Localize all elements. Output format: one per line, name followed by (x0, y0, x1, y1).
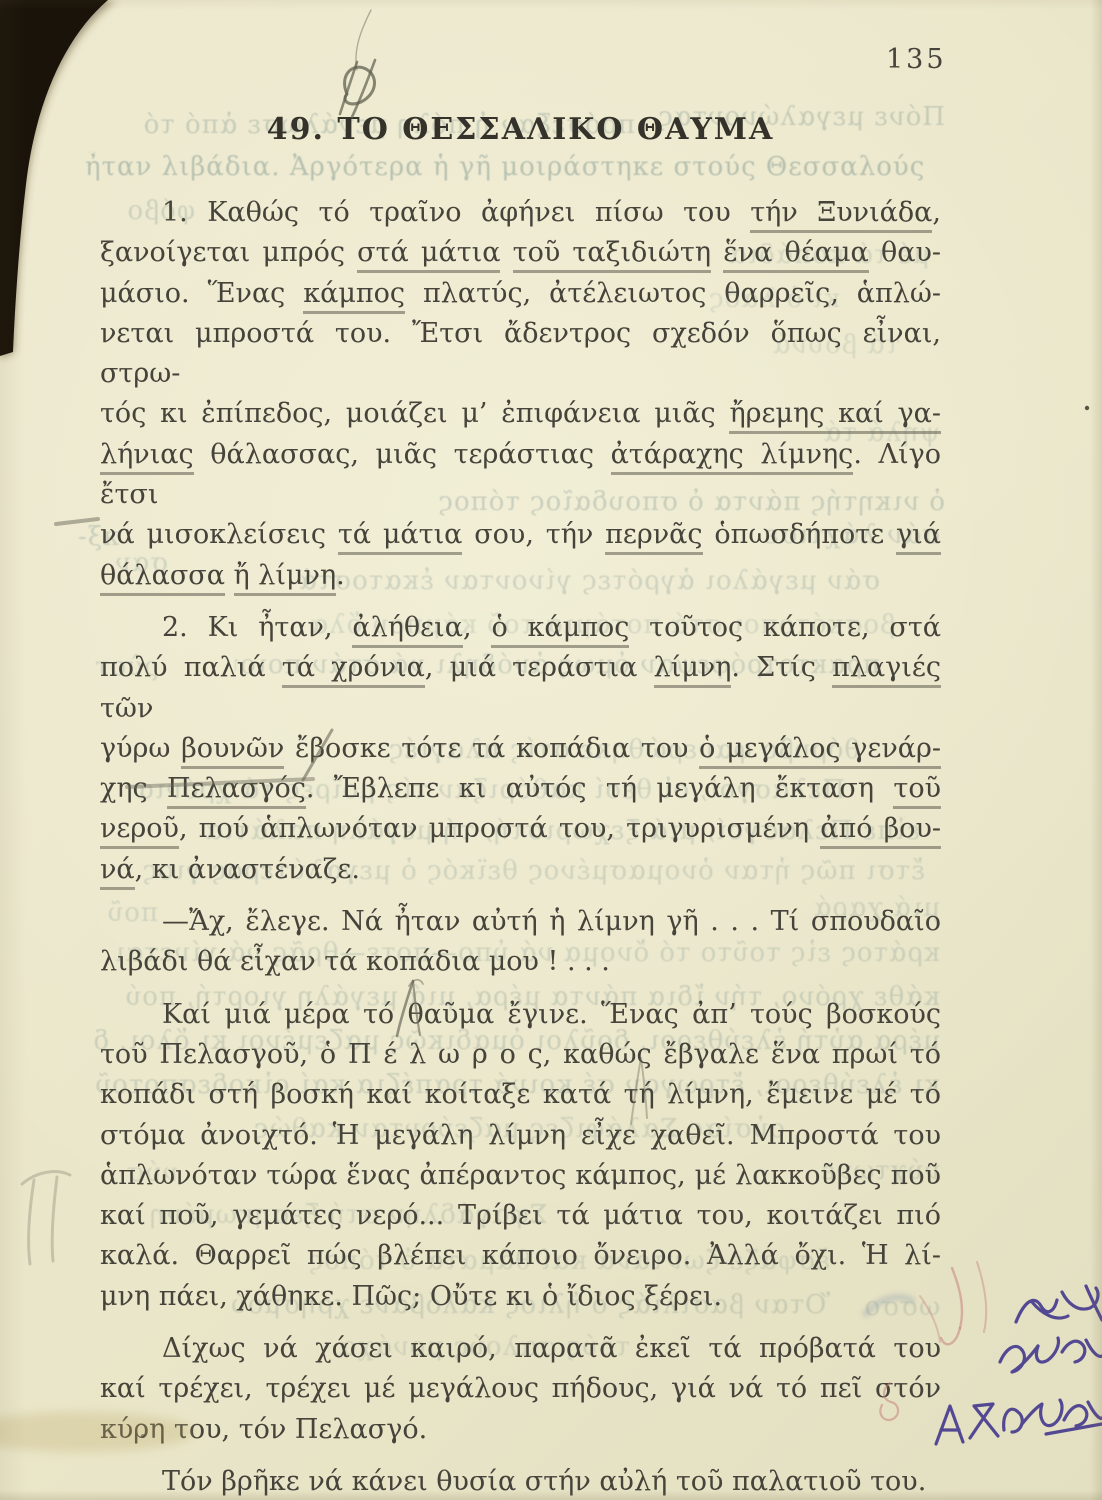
paragraph: Δίχως νά χάσει καιρό, παρατᾶ ἐκεῖ τά πρό… (100, 1329, 941, 1450)
pencil-underline-word: Πελασγός (167, 773, 306, 809)
text-line: χης Πελασγός. Ἔβλεπε κι αὐτός τή μεγάλη … (100, 769, 941, 809)
bleed-through-text: ἦταν λιβάδια. Ἀργότερα ἡ γῆ μοιράστηκε σ… (85, 152, 943, 182)
pencil-underline-word: ἤρεμης καί γα- (729, 398, 941, 434)
text-line: καί ποῦ, γεμάτες νερό... Τρίβει τά μάτια… (100, 1196, 941, 1236)
pencil-underline-word: στά μάτια (357, 237, 500, 273)
pencil-underline-word: νεροῦ (100, 813, 179, 849)
pencil-underline-word: τά χρόνια (282, 652, 425, 688)
text-line: νά μισοκλείσεις τά μάτια σου, τήν περνᾶς… (100, 515, 941, 555)
text-line: Τόν βρῆκε νά κάνει θυσία στήν αὐλή τοῦ π… (100, 1462, 941, 1500)
text-line: πολύ παλιά τά χρόνια, μιά τεράστια λίμνη… (100, 648, 941, 729)
pencil-underline-word: κάμπος (303, 278, 405, 314)
text-line: νεται μπροστά του. Ἔτσι ἄδεντρος σχεδόν … (100, 314, 941, 395)
pencil-underline-word: λήνιας (100, 439, 194, 475)
text-line: γύρω βουνῶν ἔβοσκε τότε τά κοπάδια του ὁ… (100, 729, 941, 769)
pencil-underline-word: ἤ λίμνη (234, 560, 337, 596)
paragraph: —Ἄχ, ἔλεγε. Νά ἦταν αὐτή ἡ λίμνη γῆ . . … (100, 902, 941, 983)
text-line: τοῦ Πελασγοῦ, ὁ Π έ λ ω ρ ο ς, καθώς ἔβγ… (100, 1035, 941, 1075)
text-line: Δίχως νά χάσει καιρό, παρατᾶ ἐκεῖ τά πρό… (100, 1329, 941, 1369)
text-line: κύρη του, τόν Πελασγό. (100, 1410, 941, 1450)
pencil-underline-word: ἀτάραχης λίμνης (611, 439, 854, 475)
paragraph: Καί μιά μέρα τό θαῦμα ἔγινε. Ἕνας ἀπ’ το… (100, 995, 941, 1317)
pencil-underline-word: λίμνη (654, 652, 732, 688)
pencil-underline-word: ἕνα θέαμα (723, 237, 869, 273)
section-title: 49. ΤΟ ΘΕΣΣΑΛΙΚΟ ΘΑΥΜΑ (100, 112, 941, 147)
pencil-underline-word: τοῦ (893, 773, 941, 809)
text-line: τός κι ἐπίπεδος, μοιάζει μ’ ἐπιφάνεια μι… (100, 394, 941, 434)
text-line: ἁπλωνόταν τώρα ἕνας ἀπέραντος κάμπος, μέ… (100, 1156, 941, 1196)
text-line: 1. Καθώς τό τραῖνο ἀφήνει πίσω του τήν Ξ… (100, 193, 941, 233)
text-column: 1. Καθώς τό τραῖνο ἀφήνει πίσω του τήν Ξ… (100, 193, 941, 1500)
text-line: λιβάδι θά εἶχαν τά κοπάδια μου ! . . . (100, 942, 941, 982)
text-line: μάσιο. Ἕνας κάμπος πλατύς, ἀτέλειωτος θα… (100, 274, 941, 314)
pencil-underline-word: γιά (896, 519, 941, 555)
pencil-underline-word: τήν Ξυνιάδα (750, 197, 932, 233)
pencil-underline-word: ὁ μεγάλος γενάρ- (699, 733, 941, 769)
text-line: καί τρέχει, τρέχει μέ μεγάλους πήδους, γ… (100, 1369, 941, 1409)
pencil-underline-word: θάλασσα (100, 560, 225, 596)
text-line: θάλασσα ἤ λίμνη. (100, 556, 941, 596)
text-line: καλά. Θαρρεῖ πώς βλέπει κάποιο ὄνειρο. Ἀ… (100, 1236, 941, 1276)
text-line: νεροῦ, πού ἁπλωνόταν μπροστά του, τριγυρ… (100, 809, 941, 849)
pencil-underline-word: ἀπό βου- (820, 813, 941, 849)
scanned-book-page: πρόσεξαν ἡ πόλη μεγάλωσε ἀπό τόΠόνε μεγα… (0, 0, 1102, 1500)
pencil-underline-word: τά μάτια (338, 519, 463, 555)
paragraph: Τόν βρῆκε νά κάνει θυσία στήν αὐλή τοῦ π… (100, 1462, 941, 1500)
text-line: —Ἄχ, ἔλεγε. Νά ἦταν αὐτή ἡ λίμνη γῆ . . … (100, 902, 941, 942)
pencil-underline-word: ὁ κάμπος (491, 612, 629, 648)
pencil-underline-word: περνᾶς (605, 519, 702, 555)
pencil-underline-word: ἀλήθεια (352, 612, 463, 648)
text-line: μνη πάει, χάθηκε. Πῶς; Οὔτε κι ὁ ἴδιος ξ… (100, 1277, 941, 1317)
text-line: λήνιας θάλασσας, μιᾶς τεράστιας ἀτάραχης… (100, 435, 941, 516)
text-line: 2. Κι ἦταν, ἀλήθεια, ὁ κάμπος τοῦτος κάπ… (100, 608, 941, 648)
text-line: νά, κι ἀναστέναζε. (100, 850, 941, 890)
page-number: 135 (886, 44, 947, 75)
text-line: κοπάδι στή βοσκή καί κοίταξε κατά τή λίμ… (100, 1075, 941, 1115)
text-line: ξανοίγεται μπρός στά μάτια τοῦ ταξιδιώτη… (100, 233, 941, 273)
text-line: Καί μιά μέρα τό θαῦμα ἔγινε. Ἕνας ἀπ’ το… (100, 995, 941, 1035)
pencil-underline-word: νά (100, 854, 135, 890)
paragraph: 2. Κι ἦταν, ἀλήθεια, ὁ κάμπος τοῦτος κάπ… (100, 608, 941, 890)
pencil-underline-word: βουνῶν (181, 733, 284, 769)
pencil-underline-word: πλαγιές (832, 652, 941, 688)
paragraph: 1. Καθώς τό τραῖνο ἀφήνει πίσω του τήν Ξ… (100, 193, 941, 596)
pencil-underline-word: τοῦ ταξιδιώτη (513, 237, 711, 273)
text-line: στόμα ἀνοιχτό. Ἡ μεγάλη λίμνη εἶχε χαθεῖ… (100, 1116, 941, 1156)
